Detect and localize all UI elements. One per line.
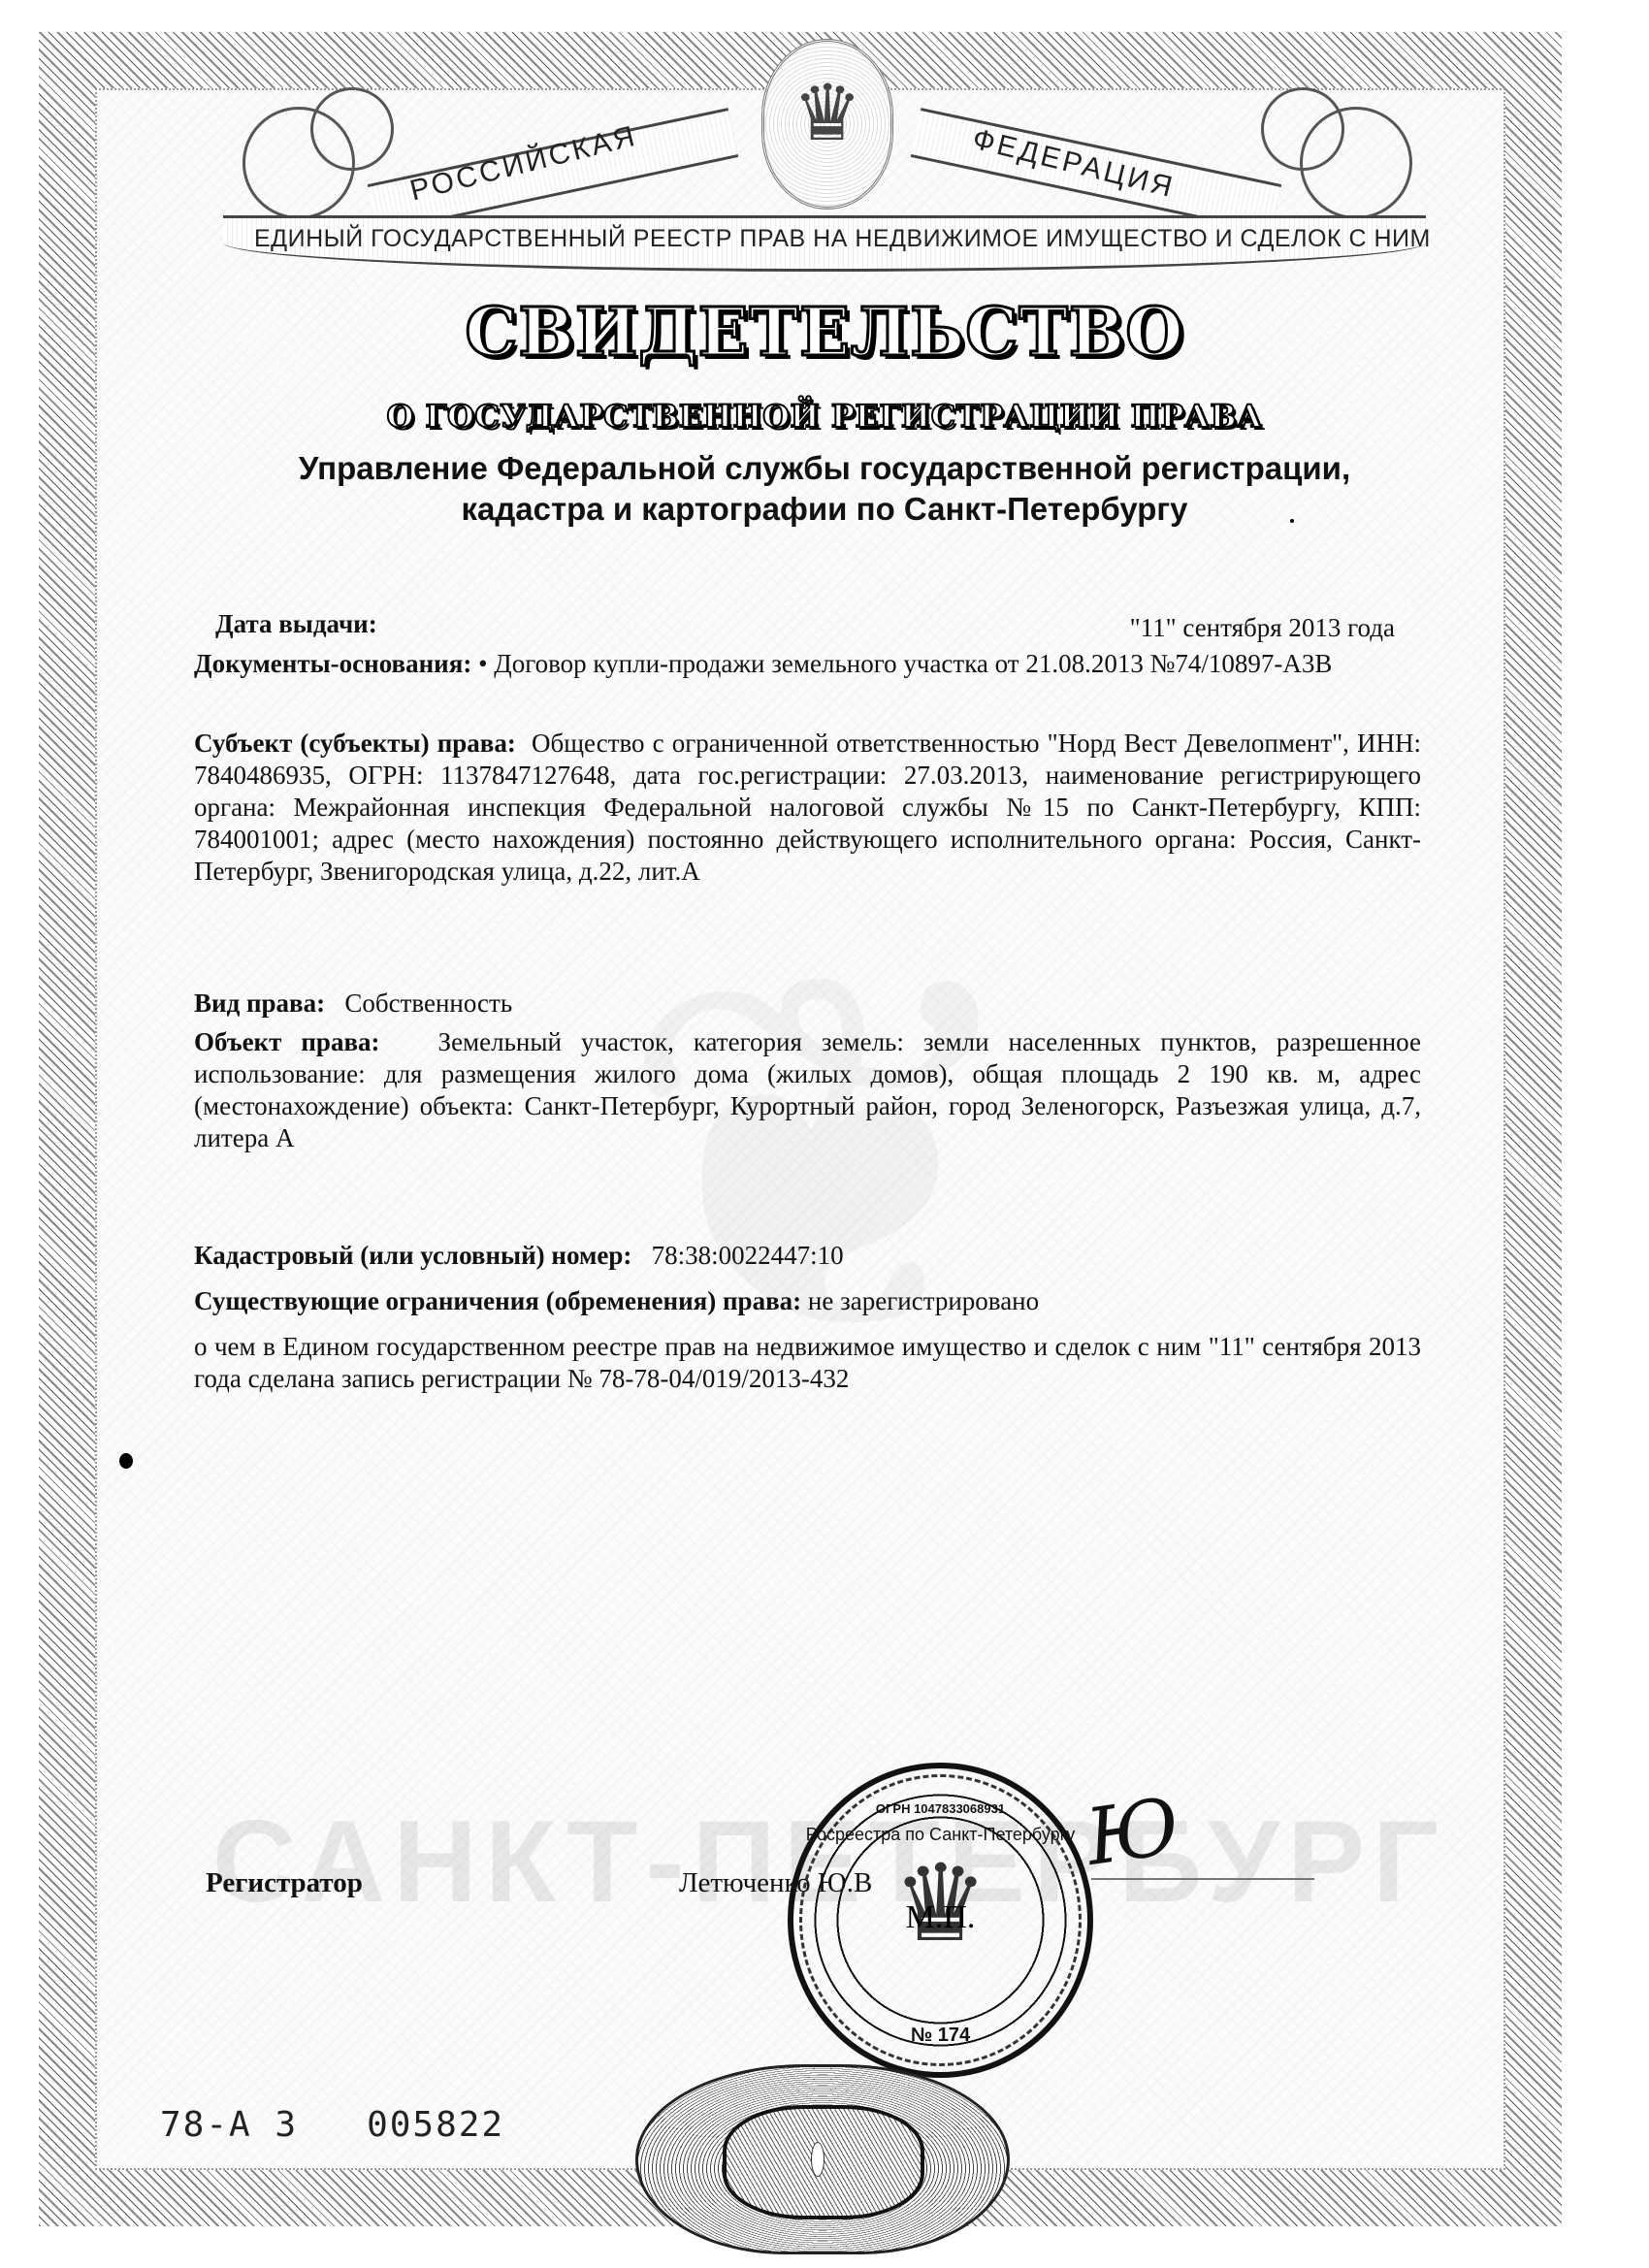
certificate-subtitle: О ГОСУДАРСТВЕННОЙ РЕГИСТРАЦИИ ПРАВА (0, 398, 1649, 435)
seal-number: № 174 (793, 2025, 1087, 2047)
object-label: Объект права: (194, 1027, 380, 1056)
registry-banner-text: ЕДИНЫЙ ГОСУДАРСТВЕННЫЙ РЕЕСТР ПРАВ НА НЕ… (254, 225, 1431, 253)
double-headed-eagle-icon: ♛ (764, 76, 890, 153)
stray-dot (1290, 519, 1294, 523)
encumbrances-value: не зарегистрировано (808, 1286, 1039, 1315)
seal-outer-text: ОГРН 1047833068931 (793, 1801, 1087, 1816)
basis-documents-value: • Договор купли-продажи земельного участ… (478, 649, 1332, 678)
registrar-label: Регистратор (206, 1867, 363, 1899)
issue-date-label: Дата выдачи: (215, 609, 377, 638)
handwritten-signature: Ю (1080, 1766, 1239, 1892)
cadastral-number-field: Кадастровый (или условный) номер: 78:38:… (194, 1240, 1421, 1272)
ornament-curl-right-2 (1261, 87, 1344, 171)
right-type-field: Вид права: Собственность (194, 988, 1421, 1020)
rosette-center-icon (811, 2142, 824, 2177)
object-field: Объект права: Земельный участок, категор… (194, 1026, 1421, 1154)
ornament-curl-left-2 (310, 87, 394, 171)
form-serial-number: 78-А З 005822 (160, 2105, 504, 2145)
ink-blot (119, 1453, 133, 1469)
seal-arc-text: Росреестра по Санкт-Петербургу (793, 1825, 1087, 1845)
cadastral-number-value: 78:38:0022447:10 (652, 1241, 844, 1270)
encumbrances-field: Существующие ограничения (обременения) п… (194, 1285, 1421, 1317)
right-type-value: Собственность (344, 988, 512, 1018)
signature-line (1091, 1878, 1314, 1880)
registry-record: о чем в Едином государственном реестре п… (194, 1331, 1421, 1395)
right-type-label: Вид права: (194, 988, 325, 1018)
basis-documents-label: Документы-основания: (194, 649, 471, 678)
subject-field: Субъект (субъекты) права: Общество с огр… (194, 728, 1421, 888)
issuing-agency: Управление Федеральной службы государств… (0, 448, 1649, 530)
issue-date-value: "11" сентября 2013 года (1130, 613, 1395, 643)
official-seal: ОГРН 1047833068931 Росреестра по Санкт-П… (788, 1763, 1093, 2078)
encumbrances-label: Существующие ограничения (обременения) п… (194, 1286, 801, 1315)
basis-documents-field: Документы-основания: • Договор купли-про… (194, 648, 1339, 680)
agency-line-2: кадастра и картографии по Санкт-Петербур… (0, 489, 1649, 530)
subject-label: Субъект (субъекты) права: (194, 729, 516, 758)
cadastral-number-label: Кадастровый (или условный) номер: (194, 1241, 631, 1270)
state-emblem: ♛ (761, 39, 893, 210)
certificate-title: СВИДЕТЕЛЬСТВО (0, 294, 1649, 372)
agency-line-1: Управление Федеральной службы государств… (0, 448, 1649, 489)
seal-center-label: М.П. (793, 1899, 1087, 1936)
